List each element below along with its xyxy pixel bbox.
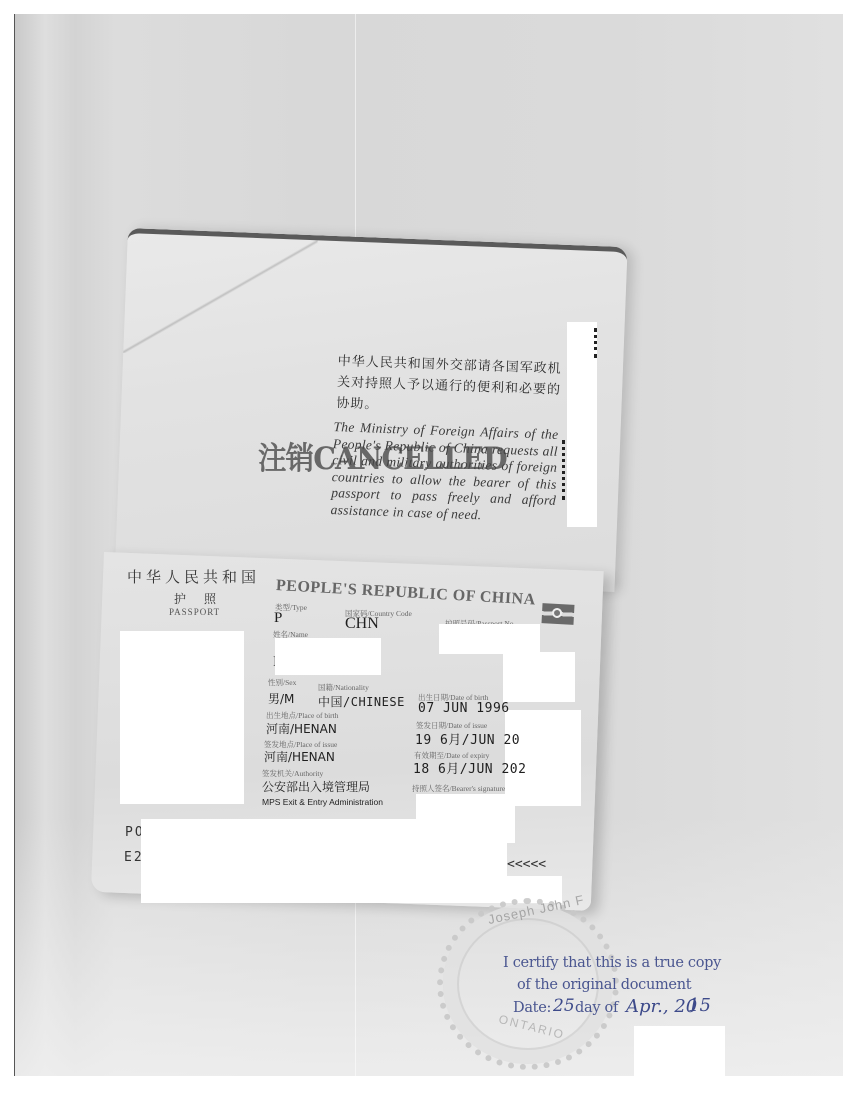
- document-type-chinese: 护照: [174, 590, 234, 607]
- place-of-birth-value: 河南/HENAN: [266, 720, 337, 737]
- certification-line-2: of the original document: [517, 977, 691, 993]
- photo-redaction: [120, 631, 244, 804]
- sex-value: 男/M: [268, 690, 294, 707]
- certification-month-year-handwritten: Apr., 20: [626, 996, 697, 1017]
- date-of-birth-value: 07 JUN 1996: [418, 701, 510, 716]
- certification-day-handwritten: 25: [553, 996, 575, 1016]
- perforation-dots: [594, 328, 600, 358]
- date-of-expiry-value: 18 6月/JUN 202: [413, 758, 526, 777]
- name-redaction: [275, 638, 381, 675]
- nationality-label: 国籍/Nationality: [318, 682, 369, 693]
- perforation-dots: [562, 440, 568, 500]
- observation-chinese-text: 中华人民共和国外交部请各国军政机关对持照人予以通行的便利和必要的协助。: [336, 351, 568, 422]
- place-of-issue-value: 河南/HENAN: [264, 748, 335, 765]
- sex-label: 性别/Sex: [268, 677, 296, 688]
- passport-number-redaction: [439, 624, 540, 654]
- certification-date-prefix: Date:: [513, 1000, 551, 1016]
- certification-year-handwritten: 15: [688, 995, 711, 1016]
- mrz-line-2-tail: <<<<<: [507, 857, 546, 872]
- cancelled-stamp: 注销CANCELLED: [258, 433, 507, 478]
- country-name-chinese: 中华人民共和国: [127, 566, 260, 587]
- type-value: P: [274, 610, 282, 627]
- document-type-english: PASSPORT: [169, 607, 220, 617]
- date-of-issue-value: 19 6月/JUN 20: [415, 729, 520, 748]
- passport-chip-emblem-icon: [541, 603, 574, 625]
- signature-redaction: [634, 1026, 725, 1081]
- signature-label: 持照人签名/Bearer's signature: [412, 783, 505, 794]
- country-code-value: CHN: [345, 615, 379, 633]
- mrz-redaction: [141, 876, 562, 903]
- certification-day-suffix: day of: [575, 1000, 618, 1016]
- page-fold-crease: [123, 233, 317, 360]
- authority-chinese: 公安部出入境管理局: [262, 778, 370, 795]
- redaction-block: [503, 652, 575, 702]
- certification-line-1: I certify that this is a true copy: [503, 955, 721, 971]
- redaction-block: [567, 322, 597, 527]
- nationality-value: 中国/CHINESE: [318, 693, 405, 710]
- authority-english: MPS Exit & Entry Administration: [262, 797, 383, 807]
